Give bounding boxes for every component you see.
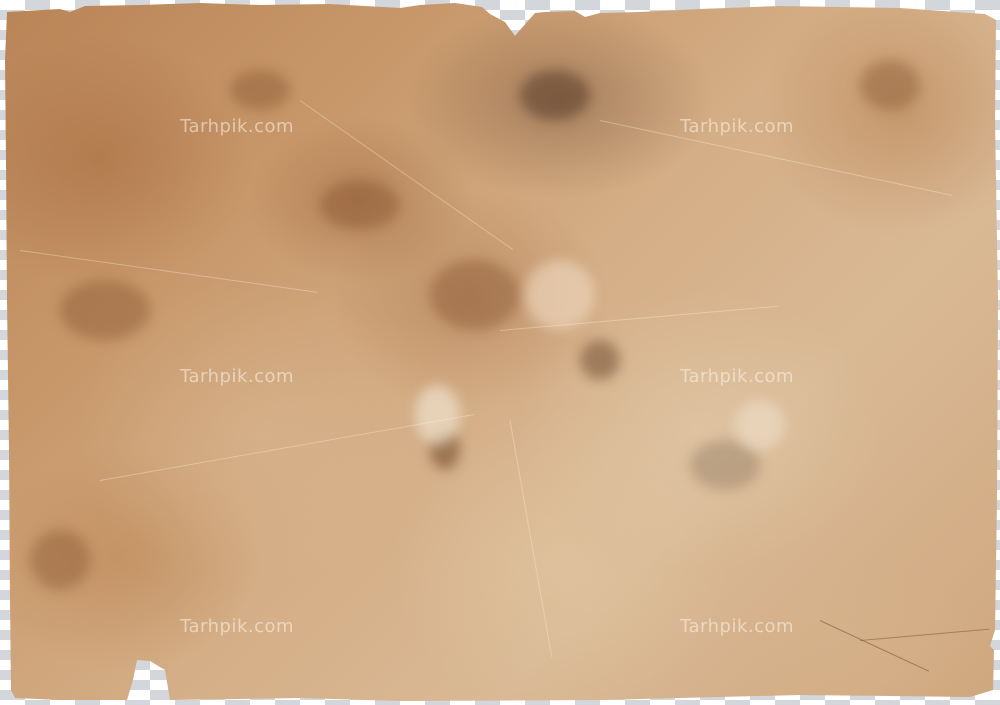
watermark-text: Tarhpik.com (180, 616, 294, 637)
stain (430, 260, 520, 330)
stain (30, 530, 90, 590)
stain (580, 340, 620, 380)
stain (860, 60, 920, 110)
faded-patch (735, 400, 785, 450)
watermark-text: Tarhpik.com (680, 366, 794, 387)
watermark-text: Tarhpik.com (680, 116, 794, 137)
crease (820, 620, 929, 672)
crease (300, 100, 514, 250)
watermark-text: Tarhpik.com (680, 616, 794, 637)
faded-patch (415, 385, 460, 445)
watermark-text: Tarhpik.com (180, 366, 294, 387)
faded-patch (525, 260, 595, 330)
crease (100, 414, 474, 481)
stain (320, 180, 400, 230)
crease (510, 420, 553, 657)
parchment-paper (0, 0, 1000, 705)
watermark-text: Tarhpik.com (180, 116, 294, 137)
crease (860, 629, 990, 641)
crease (20, 250, 317, 293)
stain (520, 70, 590, 120)
stain (230, 70, 290, 110)
stain (60, 280, 150, 340)
